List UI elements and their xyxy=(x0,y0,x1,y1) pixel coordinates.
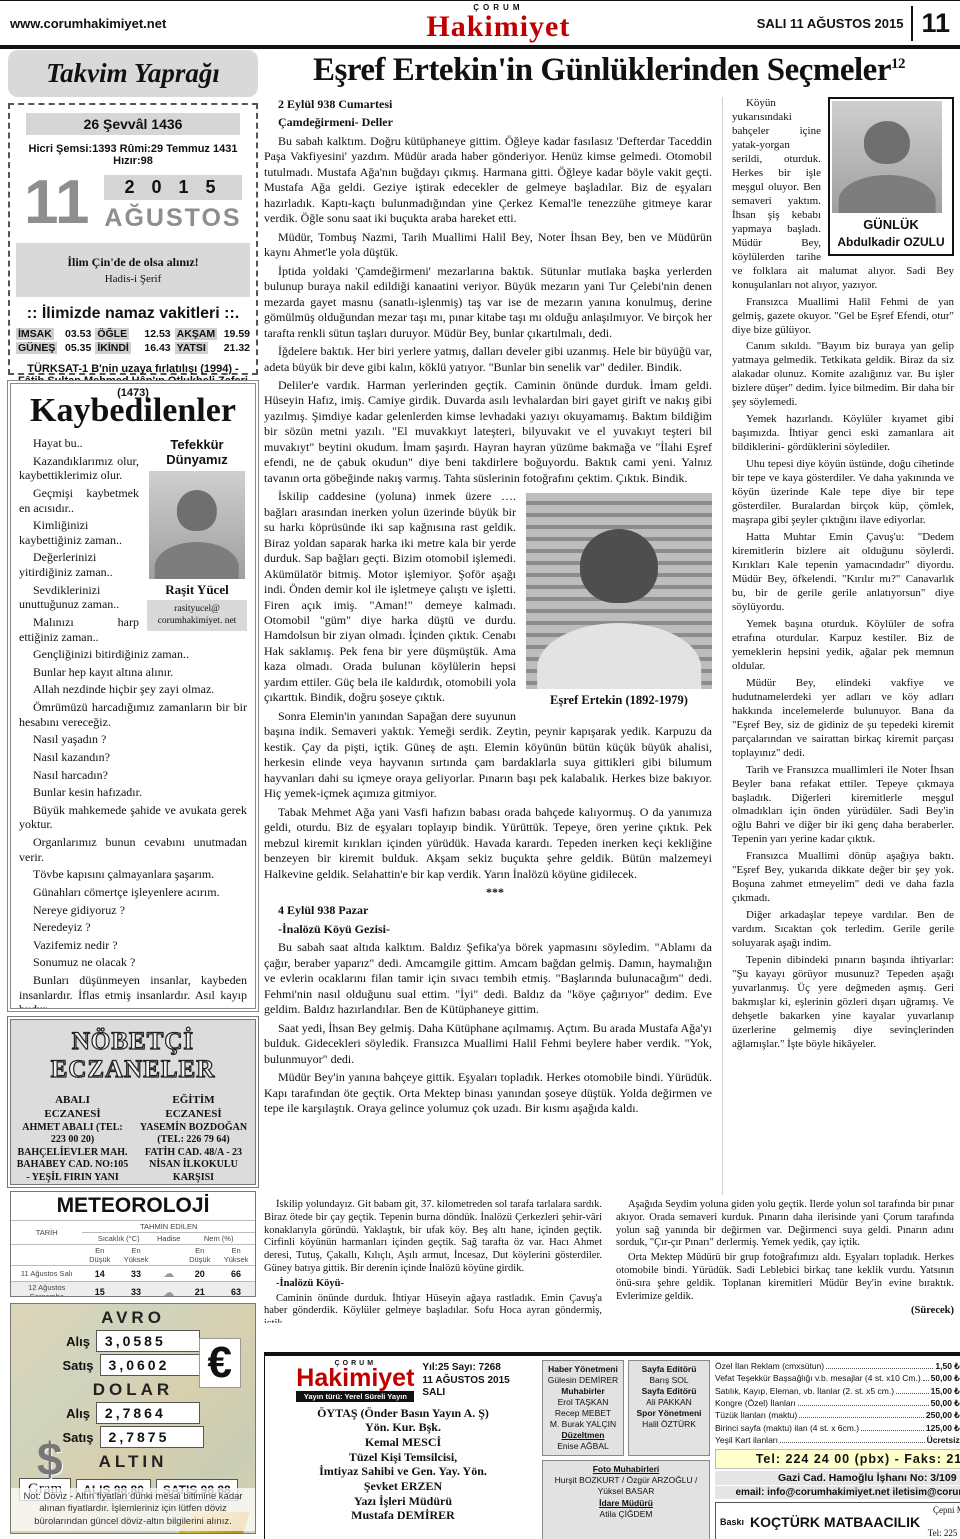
staff-line: Düzeltmen xyxy=(545,1430,621,1441)
printer-name: KOÇTÜRK MATBAACILIK xyxy=(750,1515,920,1529)
paragraph: Müdür, Tombuş Nazmi, Tarih Muallimi Hali… xyxy=(264,230,712,261)
staff-line: Şevket ERZEN xyxy=(269,1479,537,1494)
abdulkadir-ozulu-photo xyxy=(832,101,942,213)
logo-hakimiyet-text: Hakimiyet xyxy=(240,12,757,42)
paragraph: Günahları cömertçe işleyenlere acırım. xyxy=(19,885,247,900)
staff-line: Atila ÇİĞDEM xyxy=(545,1509,707,1520)
bottom-right-column: Aşağıda Seydim yoluna giden yolu geçtik.… xyxy=(616,1199,954,1323)
esref-ertekin-photo xyxy=(526,493,712,689)
pricing-row: Özel İlan Reklam (cmxsütun)1,50 ₺ xyxy=(715,1360,960,1372)
staff-line: Yazı İşleri Müdürü xyxy=(269,1494,537,1509)
pharmacies-on-duty: NÖBETÇİ ECZANELER ABALI ECZANESİ AHMET A… xyxy=(10,1019,256,1185)
paragraph: Tepenin dibindeki pınarın başında ihtiya… xyxy=(732,954,954,1052)
column-name: Tefekkür Dünyamız xyxy=(147,438,247,468)
paragraph: Gençliğinizi bitirdiğiniz zaman.. xyxy=(19,647,247,662)
weather-min-label: En Düşük xyxy=(182,1245,217,1266)
article-main-column: 2 Eylül 938 CumartesiÇamdeğirmeni- Delle… xyxy=(264,97,712,1195)
paragraph: Neredeyiz ? xyxy=(19,920,247,935)
pharmacy-name: ECZANESİ xyxy=(15,1108,130,1122)
newspaper-logo: ÇORUM Hakimiyet xyxy=(240,4,757,42)
weather-col-temp: Sıcaklık (°C) xyxy=(82,1233,155,1245)
prayer-name: İKİNDİ xyxy=(95,342,131,354)
columnist-photo xyxy=(149,471,245,579)
weather-col-event: Hadise xyxy=(155,1233,182,1245)
year-label: 2 0 1 5 xyxy=(104,175,242,200)
article-bottom-section: İskilip yolundayız. Git babam git, 37. k… xyxy=(264,1199,954,1323)
daily-quote-box: İlim Çin'de de olsa alınız! Hadis-i Şeri… xyxy=(16,243,250,297)
article-title: Eşref Ertekin'in Günlüklerinden Seçmeler… xyxy=(264,52,954,89)
pharmacy-address: BAHÇELİEVLER MAH. BAHABEY CAD. NO:105 - … xyxy=(15,1147,130,1185)
pharmacy-contact: YASEMİN BOZDOĞAN (TEL: 226 79 64) xyxy=(136,1122,251,1147)
masthead-editor-boxes: Haber YönetmeniGülesin DEMİRERMuhabirler… xyxy=(542,1360,710,1539)
issue-date: SALI 11 AĞUSTOS 2015 xyxy=(757,16,912,31)
paragraph: İskilip yolundayız. Git babam git, 37. k… xyxy=(264,1199,602,1276)
phone-fax-bar: Tel: 224 24 00 (pbx) - Faks: 213 50 24 xyxy=(715,1449,960,1469)
paragraph: Yemek hazırlandı. Köylüler kıyamet gibi … xyxy=(732,413,954,455)
paragraph: Vazifemiz nedir ? xyxy=(19,938,247,953)
hijri-date: 26 Şevvâl 1436 xyxy=(26,113,240,135)
left-sidebar: Takvim Yaprağı 26 Şevvâl 1436 Hicri Şems… xyxy=(8,50,258,1534)
paragraph: Orta Mektep Müdürü bir grup fotoğrafımız… xyxy=(616,1252,954,1303)
paragraph: Büyük mahkemede şahide ve avukata gerek … xyxy=(19,803,247,832)
cloud-icon: ☁ xyxy=(155,1282,182,1298)
paragraph: Bu sabah kalktım. Doğru kütüphaneye gitt… xyxy=(264,134,712,227)
prayer-name: İMSAK xyxy=(16,328,54,340)
staff-line: Ali PAKKAN xyxy=(631,1397,707,1408)
dollar-sell-rate: 2,7875 xyxy=(100,1426,204,1448)
pricing-row: Yeşil Kart ilanlarıÜcretsiz xyxy=(715,1434,960,1446)
calendar-ribbon: Takvim Yaprağı xyxy=(8,50,258,97)
page-editors-box: Sayfa EditörüBarış SOLSayfa EditörüAli P… xyxy=(628,1360,710,1456)
printer-address: Çepni Mah. Aynalı Sok. No:7 ÇORUMTel: 22… xyxy=(926,1505,960,1539)
news-editors-box: Haber YönetmeniGülesin DEMİRERMuhabirler… xyxy=(542,1360,624,1456)
paragraph: Canım sıkıldı. "Bayım biz buraya yan gel… xyxy=(732,340,954,410)
publication-type: Yayın türü: Yerel Süreli Yayın xyxy=(296,1391,414,1402)
website-url: www.corumhakimiyet.net xyxy=(0,16,240,31)
paragraph: Nasıl kazandın? xyxy=(19,750,247,765)
paragraph: Sonumuz ne olacak ? xyxy=(19,955,247,970)
prayer-name: YATSI xyxy=(175,342,208,354)
columnist-name: Raşit Yücel xyxy=(147,582,247,598)
footer-logo-hakimiyet: Hakimiyet xyxy=(296,1367,414,1391)
pharmacy-address: FATİH CAD. 48/A - 23 NİSAN İLKOKULU KARŞ… xyxy=(136,1147,251,1185)
paragraph: İptida yoldaki 'Çamdeğirmeni' mezarların… xyxy=(264,264,712,341)
paragraph: Diğer arkadaşlar tepeye vardılar. Ben de… xyxy=(732,909,954,951)
staff-line: Sayfa Editörü xyxy=(631,1364,707,1375)
paragraph: Yemek başına oturduk. Köylüler de sofra … xyxy=(732,618,954,674)
paragraph: Bunları düşünmeyen insanlar, kaybeden in… xyxy=(19,973,247,1009)
gunluk-columnist-box: GÜNLÜK Abdulkadir OZULU xyxy=(828,97,954,256)
staff-line: Muhabirler xyxy=(545,1386,621,1397)
weather-col-date: TARİH xyxy=(11,1221,82,1245)
paragraph: Nasıl harcadın? xyxy=(19,768,247,783)
paragraph: Tarih ve Fransızca muallimleri ile Noter… xyxy=(732,764,954,848)
paragraph: 2 Eylül 938 Cumartesi xyxy=(264,97,712,112)
prayer-time: 16.43 xyxy=(144,342,170,354)
year-issue-number: Yıl:25 Sayı: 7268 xyxy=(422,1362,509,1375)
month-label: AĞUSTOS xyxy=(104,204,242,233)
paragraph: Nasıl yaşadın ? xyxy=(19,732,247,747)
weather-col-humidity: Nem (%) xyxy=(182,1233,255,1245)
footer-day: SALI xyxy=(422,1387,509,1400)
paragraph: İğdelere baktık. Her biri yerlere yatmış… xyxy=(264,344,712,375)
paragraph: *** xyxy=(264,885,712,900)
newspaper-page: www.corumhakimiyet.net ÇORUM Hakimiyet S… xyxy=(0,0,960,1539)
print-label: Baskı xyxy=(720,1517,744,1527)
staff-line: Mustafa DEMİRER xyxy=(269,1508,537,1523)
staff-line: İmtiyaz Sahibi ve Gen. Yay. Yön. xyxy=(269,1464,537,1479)
rumi-date-line: Hicri Şemsi:1393 Rûmi:29 Temmuz 1431 Hız… xyxy=(16,143,250,167)
weather-row: 11 Ağustos Salı 14 33 ☁ 20 66 xyxy=(11,1266,255,1282)
pricing-row: Satılık, Kayıp, Eleman, vb. İlanlar (2. … xyxy=(715,1385,960,1397)
weather-date: 11 Ağustos Salı xyxy=(11,1266,82,1282)
quote-source: Hadis-i Şerif xyxy=(22,273,244,285)
gunluk-author: Abdulkadir OZULU xyxy=(832,235,950,250)
paragraph: Allah nezdinde hiçbir şey zayi olmaz. xyxy=(19,682,247,697)
paragraph: Çamdeğirmeni- Deller xyxy=(264,115,712,130)
columnist-email: rasityucel@ corumhakimiyet. net xyxy=(147,600,247,631)
weather-title: METEOROLOJİ xyxy=(11,1192,255,1220)
column-title: Kaybedilenler xyxy=(19,392,247,430)
pharmacy-name: ABALI xyxy=(15,1094,130,1108)
pricing-row: Birinci sayfa (maktu) ilan (4 st. x 6cm.… xyxy=(715,1422,960,1434)
pharmacies-title: NÖBETÇİ ECZANELER xyxy=(15,1028,251,1084)
photo-reporters-box: Foto MuhabirleriHurşit BOZKURT / Özgür A… xyxy=(542,1460,710,1539)
paragraph: Bunlar kesin hafızadır. xyxy=(19,785,247,800)
staff-line: İdare Müdürü xyxy=(545,1498,707,1509)
prayer-times-grid: İMSAK03.53 ÖĞLE12.53 AKŞAM19.59 GÜNEŞ05.… xyxy=(16,328,250,354)
prayer-time: 21.32 xyxy=(224,342,250,354)
weather-date: 12 Ağustos Çarşamba xyxy=(11,1282,82,1298)
weather-table: TARİH TAHMİN EDİLEN Sıcaklık (°C) Hadise… xyxy=(11,1220,255,1297)
kaybedilenler-column: Kaybedilenler Tefekkür Dünyamız Raşit Yü… xyxy=(10,383,256,1009)
staff-line: Haber Yönetmeni xyxy=(545,1364,621,1375)
paragraph: Aşağıda Seydim yoluna giden yolu geçtik.… xyxy=(616,1199,954,1250)
paragraph: Sonra Elemin'in yanından Sapağan dere su… xyxy=(264,709,712,802)
article-part-number: 12 xyxy=(891,56,905,72)
prayer-name: GÜNEŞ xyxy=(16,342,57,354)
masthead-footer: ÇORUM Hakimiyet Yayın türü: Yerel Süreli… xyxy=(264,1352,960,1539)
pricing-row: Tüzük İlanları (maktu)250,00 ₺ xyxy=(715,1409,960,1421)
currency-panel: AVRO Alış 3,0585 Satış 3,0602 € DOLAR Al… xyxy=(10,1303,256,1534)
paragraph: Nereye gidiyoruz ? xyxy=(19,903,247,918)
pharmacy-name: ECZANESİ xyxy=(136,1108,251,1122)
dollar-icon: $ xyxy=(37,1432,63,1486)
staff-list: ÖYTAŞ (Önder Basın Yayın A. Ş)Yön. Kur. … xyxy=(269,1406,537,1523)
paragraph: Organlarımız bunun cevabını unutmadan ve… xyxy=(19,835,247,864)
paragraph: Uhu tepesi diye köyün üstünde, doğu cihe… xyxy=(732,458,954,528)
staff-line: Hurşit BOZKURT / Özgür ARZOĞLU / Yüksel … xyxy=(545,1475,707,1497)
paragraph: (Sürecek) xyxy=(616,1305,954,1318)
gunluk-title: GÜNLÜK xyxy=(832,217,950,234)
staff-line: Barış SOL xyxy=(631,1375,707,1386)
ad-pricing-table: Özel İlan Reklam (cmxsütun)1,50 ₺ Vefat … xyxy=(715,1360,960,1446)
paragraph: Deliler'e vardık. Harman yerlerinden geç… xyxy=(264,378,712,486)
prayer-name: ÖĞLE xyxy=(95,328,129,340)
day-number: 11 xyxy=(24,175,104,231)
weather-row: 12 Ağustos Çarşamba 15 33 ☁ 21 63 xyxy=(11,1282,255,1298)
pricing-row: Vefat Teşekkür Başsağlığı v.b. mesajlar … xyxy=(715,1372,960,1384)
paragraph: Tövbe kapısını çalmayanlara şaşarım. xyxy=(19,867,247,882)
buy-label: Alış xyxy=(66,1406,90,1421)
staff-line: Recep MEBET xyxy=(545,1408,621,1419)
columnist-box: Tefekkür Dünyamız Raşit Yücel rasityucel… xyxy=(147,438,247,631)
address-line: Gazi Cad. Hamoğlu İşhanı No: 3/109 19030 xyxy=(715,1471,960,1485)
staff-line: Erol TAŞKAN xyxy=(545,1397,621,1408)
pharmacy-name: EĞİTİM xyxy=(136,1094,251,1108)
pharmacy-1: ABALI ECZANESİ AHMET ABALI (TEL: 223 00 … xyxy=(15,1094,130,1184)
euro-icon: € xyxy=(199,1338,241,1388)
publication-info: Yıl:25 Sayı: 7268 11 AĞUSTOS 2015 SALI xyxy=(422,1362,509,1400)
staff-line: ÖYTAŞ (Önder Basın Yayın A. Ş) xyxy=(269,1406,537,1421)
prayer-name: AKŞAM xyxy=(175,328,218,340)
paragraph: Fransızca Muallimi Halil Fehmi de yan ge… xyxy=(732,296,954,338)
calendar-day-block: 11 2 0 1 5 AĞUSTOS xyxy=(16,175,250,233)
page-number: 11 xyxy=(911,6,960,41)
euro-title: AVRO xyxy=(11,1308,255,1328)
bottom-left-column: İskilip yolundayız. Git babam git, 37. k… xyxy=(264,1199,602,1323)
masthead-right: Özel İlan Reklam (cmxsütun)1,50 ₺ Vefat … xyxy=(715,1360,960,1539)
staff-line: Halil ÖZTÜRK xyxy=(631,1419,707,1430)
paragraph: Bunlar hep kayıt altına alınır. xyxy=(19,665,247,680)
footer-logo: ÇORUM Hakimiyet Yayın türü: Yerel Süreli… xyxy=(296,1360,414,1402)
paragraph: Tabak Mehmet Ağa yani Vasfi hafızın baba… xyxy=(264,805,712,882)
prayer-time: 12.53 xyxy=(144,328,170,340)
prayer-time: 03.53 xyxy=(65,328,91,340)
sell-label: Satış xyxy=(62,1358,93,1373)
weather-max-label: En Yüksek xyxy=(117,1245,155,1266)
paragraph: Fransızca Muallimi dönüp aşağıya baktı. … xyxy=(732,850,954,906)
staff-line: Foto Muhabirleri xyxy=(545,1464,707,1475)
euro-buy-rate: 3,0585 xyxy=(96,1330,200,1352)
paragraph: Bu sabah saat altıda kalktım. Baldız Şef… xyxy=(264,940,712,1017)
dollar-buy-rate: 2,7864 xyxy=(96,1402,200,1424)
paragraph: Müdür Bey'in yanına bahçeye gittik. Eşya… xyxy=(264,1070,712,1116)
pharmacy-contact: AHMET ABALI (TEL: 223 00 20) xyxy=(15,1122,130,1147)
paragraph: 4 Eylül 938 Pazar xyxy=(264,903,712,918)
staff-line: Enise AĞBAL xyxy=(545,1441,621,1452)
paragraph: Saat yedi, İhsan Bey gelmiş. Daha Kütüph… xyxy=(264,1021,712,1067)
page-header: www.corumhakimiyet.net ÇORUM Hakimiyet S… xyxy=(0,0,960,49)
staff-line: M. Burak YALÇIN xyxy=(545,1419,621,1430)
staff-line: Kemal MESCİ xyxy=(269,1435,537,1450)
paragraph: -İnalözü Köyü- xyxy=(264,1278,602,1291)
paragraph: -İnalözü Köyü Gezisi- xyxy=(264,922,712,937)
paragraph: Caminin önünde durduk. İhtiyar Hüseyin a… xyxy=(264,1293,602,1323)
email-line: email: info@corumhakimiyet.net iletisim@… xyxy=(715,1486,960,1499)
prayer-time: 05.35 xyxy=(65,342,91,354)
paragraph: Müdür Bey, elindeki vakfiye ve hudutname… xyxy=(732,677,954,761)
staff-line: Spor Yönetmeni xyxy=(631,1408,707,1419)
photo-caption: Eşref Ertekin (1892-1979) xyxy=(526,692,712,708)
quote-text: İlim Çin'de de olsa alınız! xyxy=(22,255,244,270)
buy-label: Alış xyxy=(66,1334,90,1349)
pricing-row: Kongre (Özel) İlanları50,00 ₺ xyxy=(715,1397,960,1409)
prayer-time: 19.59 xyxy=(224,328,250,340)
staff-line: Tüzel Kişi Temsilcisi, xyxy=(269,1450,537,1465)
pharmacy-2: EĞİTİM ECZANESİ YASEMİN BOZDOĞAN (TEL: 2… xyxy=(136,1094,251,1184)
prayer-times-title: :: İlimizde namaz vakitleri ::. xyxy=(16,305,250,323)
calendar-card: 26 Şevvâl 1436 Hicri Şemsi:1393 Rûmi:29 … xyxy=(8,103,258,375)
masthead-left: ÇORUM Hakimiyet Yayın türü: Yerel Süreli… xyxy=(269,1360,537,1539)
weather-forecast-label: TAHMİN EDİLEN xyxy=(82,1221,255,1233)
esref-ertekin-photo-figure: Eşref Ertekin (1892-1979) xyxy=(526,493,712,708)
article-right-column: GÜNLÜK Abdulkadir OZULU Köyün yukarısınd… xyxy=(722,97,954,1195)
article-section-1: 2 Eylül 938 CumartesiÇamdeğirmeni- Delle… xyxy=(264,97,712,486)
cloud-icon: ☁ xyxy=(155,1266,182,1282)
calendar-title: Takvim Yaprağı xyxy=(46,58,220,88)
euro-sell-rate: 3,0602 xyxy=(100,1354,204,1376)
article-flow-2: Eşref Ertekin (1892-1979) İskilip caddes… xyxy=(264,489,712,1116)
paragraph: Ömrümüzü harcadığımız zamanların bir bir… xyxy=(19,700,247,729)
weather-min-label: En Düşük xyxy=(82,1245,117,1266)
weather-card: METEOROLOJİ TARİH TAHMİN EDİLEN Sıcaklık… xyxy=(10,1191,256,1297)
currency-note: Not: Döviz - Altın fiyatları dünki mesai… xyxy=(11,1488,255,1531)
footer-date: 11 AĞUSTOS 2015 xyxy=(422,1375,509,1388)
weather-max-label: En Yüksek xyxy=(217,1245,255,1266)
staff-line: Sayfa Editörü xyxy=(631,1386,707,1397)
printer-box: Baskı KOÇTÜRK MATBAACILIK Çepni Mah. Ayn… xyxy=(715,1502,960,1539)
staff-line: Yön. Kur. Bşk. xyxy=(269,1420,537,1435)
paragraph: Hatta Muhtar Emin Çavuş'u: "Dedem kiremi… xyxy=(732,531,954,615)
staff-line: Gülesin DEMİRER xyxy=(545,1375,621,1386)
main-article: Eşref Ertekin'in Günlüklerinden Seçmeler… xyxy=(264,50,954,1323)
sell-label: Satış xyxy=(62,1430,93,1445)
